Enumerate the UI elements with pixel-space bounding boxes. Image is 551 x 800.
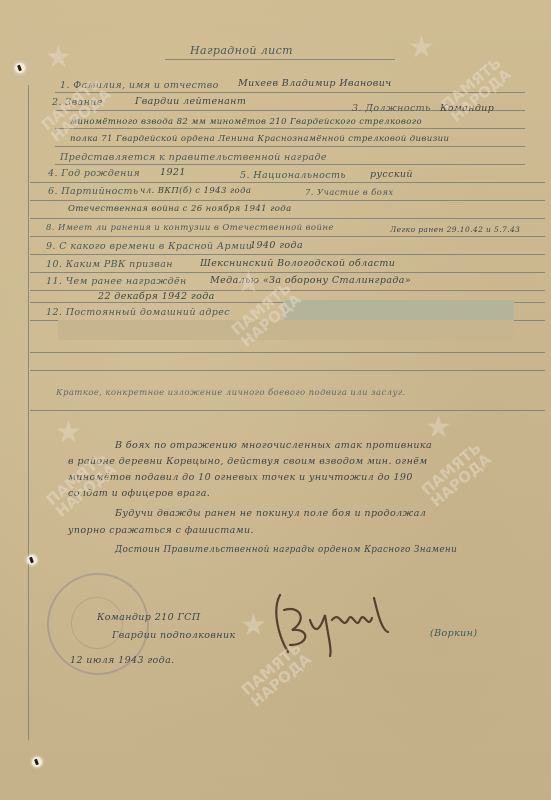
punch-hole-bottom	[32, 757, 42, 767]
watermark-star-icon: ★	[240, 608, 267, 643]
award-request-line: Представляется к правительственной награ…	[60, 152, 327, 163]
narrative-line: в районе деревни Корвцыно, действуя свои…	[68, 456, 428, 467]
watermark-star-icon: ★	[45, 40, 72, 75]
document-title: Наградной лист	[190, 44, 293, 57]
rule	[30, 236, 545, 237]
title-underline	[165, 59, 395, 60]
narrative-line: упорно сражаться с фашистами.	[68, 525, 254, 536]
watermark-star-icon: ★	[425, 410, 452, 445]
rule	[30, 370, 545, 371]
field-value-nationality: русский	[370, 169, 413, 180]
signatory-rank: Гвардии подполковник	[112, 630, 236, 641]
rule	[30, 254, 545, 255]
field-label-position: 3. Должность	[352, 103, 431, 114]
rule	[30, 218, 545, 219]
field-label-birth-year: 4. Год рождения	[48, 168, 140, 179]
narrative-line: Будучи дважды ранен не покинул поле боя …	[115, 508, 426, 519]
field-value-name: Михеев Владимир Иванович	[238, 78, 392, 89]
rule	[55, 146, 525, 147]
narrative-line: Достоин Правительственной награды ордено…	[115, 545, 457, 555]
field-continuation: миномётного взвода 82 мм миномётов 210 Г…	[70, 117, 422, 127]
redaction-bar	[284, 300, 514, 320]
signature-date: 12 июля 1943 года.	[70, 655, 175, 666]
field-value-army-since: 1940 года	[250, 240, 303, 251]
rule	[30, 352, 545, 353]
field-label-party: 6. Партийность	[48, 186, 138, 197]
watermark-star-icon: ★	[408, 30, 435, 65]
redaction-bar	[58, 320, 514, 340]
rule	[30, 272, 545, 273]
field-label-rvk: 10. Каким РВК призван	[46, 259, 173, 270]
rule	[55, 164, 525, 165]
field-value-combat: Отечественная война с 26 ноября 1941 год…	[68, 204, 292, 214]
punch-hole-top	[15, 63, 25, 73]
field-label-combat: 7. Участие в боях	[305, 188, 394, 198]
signatory-title: Командир 210 ГСП	[97, 612, 201, 623]
field-label-prior-awards: 11. Чем ранее награждён	[46, 276, 187, 287]
section-heading: Краткое, конкретное изложение личного бо…	[56, 388, 406, 398]
field-value-birth-year: 1921	[160, 167, 186, 178]
watermark-star-icon: ★	[55, 415, 82, 450]
field-continuation: полка 71 Гвардейской ордена Ленина Красн…	[70, 134, 449, 144]
field-label-wounds: 8. Имеет ли ранения и контузии в Отечест…	[46, 223, 334, 233]
field-label-nationality: 5. Национальность	[240, 170, 346, 181]
signatory-name: (Воркин)	[430, 628, 477, 639]
punch-hole-middle	[27, 555, 37, 565]
field-value-rank: Гвардии лейтенант	[135, 96, 246, 107]
field-value-party: чл. ВКП(б) с 1943 года	[140, 186, 251, 196]
field-value-wounds: Легко ранен 29.10.42 и 5.7.43	[390, 225, 520, 234]
rule	[55, 128, 525, 129]
field-value-prior-award-date: 22 декабря 1942 года	[98, 291, 215, 302]
rule	[30, 182, 545, 183]
field-value-rvk: Шекснинский Вологодской области	[200, 258, 395, 269]
field-label-army-since: 9. С какого времени в Красной Армии	[46, 241, 252, 252]
watermark-star-icon: ★	[235, 265, 262, 300]
margin-line	[28, 85, 29, 740]
narrative-line: В боях по отражению многочисленных атак …	[115, 440, 432, 451]
rule	[30, 200, 545, 201]
rule	[30, 410, 545, 411]
field-label-address: 12. Постоянный домашний адрес	[46, 307, 230, 318]
